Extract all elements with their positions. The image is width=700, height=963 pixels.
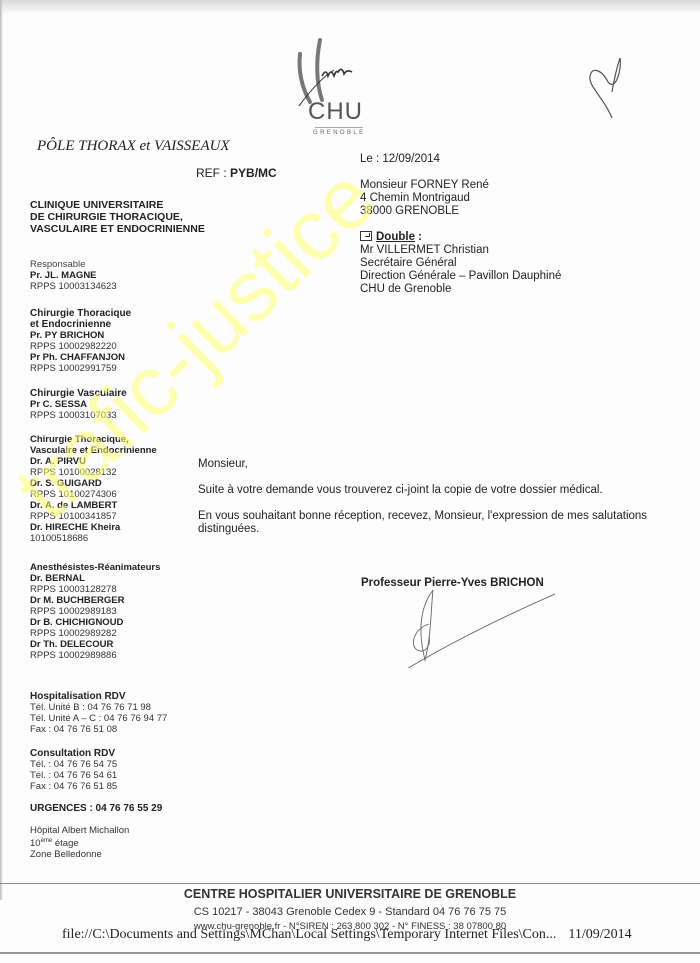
responsable-label: Responsable: [30, 259, 200, 270]
contact-line: Fax : 04 76 76 51 08: [30, 724, 200, 735]
recipient-name: Monsieur FORNEY René: [360, 179, 561, 192]
copy-recipient-line: Secrétaire Général: [360, 257, 561, 270]
contact-line: Fax : 04 76 76 51 85: [30, 781, 200, 792]
ref-value: PYB/MC: [230, 166, 277, 180]
hospital-location: Hôpital Albert Michallon 10ème étage Zon…: [30, 825, 200, 860]
staff-name: Dr. BERNAL: [30, 573, 200, 584]
handwritten-mark-icon: [582, 58, 632, 133]
contact-line: Tél. Unité B : 04 76 76 71 98: [30, 702, 200, 713]
staff-rpps: RPPS 10002989183: [30, 606, 200, 617]
floor-suffix: ème: [41, 838, 53, 844]
chu-logo: CHU GRENOBLE: [288, 36, 398, 144]
contact-line: Tél. Unité A – C : 04 76 76 94 77: [30, 713, 200, 724]
staff-rpps: RPPS 10002989886: [30, 650, 200, 661]
staff-name: Pr Ph. CHAFFANJON: [30, 352, 200, 363]
contact-line: Tél. : 04 76 76 54 75: [30, 759, 200, 770]
urgences-number: URGENCES : 04 76 76 55 29: [30, 803, 200, 814]
print-date: 11/09/2014: [568, 927, 631, 942]
staff-name: Pr C. SESSA: [30, 399, 200, 410]
group-title: Chirurgie Thoracique: [30, 308, 200, 319]
staff-name: Dr M. BUCHBERGER: [30, 595, 200, 606]
staff-rpps: RPPS 10100274306: [30, 489, 200, 500]
scan-shadow-top: [0, 0, 700, 14]
footer-title: CENTRE HOSPITALIER UNIVERSITAIRE DE GREN…: [0, 887, 700, 901]
staff-rpps: RPPS 10002991759: [30, 363, 200, 374]
copy-recipient-line: CHU de Grenoble: [360, 283, 561, 296]
scan-shadow-left: [0, 0, 3, 900]
staff-rpps: RPPS 10003134623: [30, 281, 200, 292]
ref-label: REF :: [196, 166, 230, 180]
double-label: Double: [376, 231, 415, 243]
staff-rpps: RPPS 10003107033: [30, 410, 200, 421]
clinique-line: DE CHIRURGIE THORACIQUE,: [30, 211, 205, 223]
group-title: Vasculaire et Endocrinienne: [30, 445, 200, 456]
logo-city-text: GRENOBLE: [313, 130, 366, 136]
staff-name: Dr B. CHICHIGNOUD: [30, 617, 200, 628]
staff-rpps: RPPS 10003128278: [30, 584, 200, 595]
salutation: Monsieur,: [198, 458, 668, 471]
staff-name: Dr. A. de LAMBERT: [30, 500, 200, 511]
group-title: Chirurgie Thoracique,: [30, 434, 200, 445]
staff-group: Anesthésistes-Réanimateurs Dr. BERNAL RP…: [30, 562, 200, 661]
copy-recipient-line: Mr VILLERMET Christian: [360, 244, 561, 257]
group-title: Chirurgie Vasculaire: [30, 388, 200, 399]
staff-sidebar: Responsable Pr. JL. MAGNE RPPS 100031346…: [30, 259, 200, 870]
staff-rpps: RPPS 10100341857: [30, 511, 200, 522]
chu-logo-mark-icon: [288, 36, 398, 106]
responsable-block: Responsable Pr. JL. MAGNE RPPS 100031346…: [30, 259, 200, 292]
location-line: Hôpital Albert Michallon: [30, 825, 200, 836]
clinique-line: VASCULAIRE ET ENDOCRINIENNE: [30, 223, 205, 235]
footer-address: CS 10217 - 38043 Grenoble Cedex 9 - Stan…: [0, 906, 700, 918]
signature-icon: [395, 588, 565, 673]
body-paragraph: En vous souhaitant bonne réception, rece…: [198, 510, 668, 536]
contact-title: Consultation RDV: [30, 748, 200, 759]
pole-title: PÔLE THORAX et VAISSEAUX: [37, 138, 230, 155]
consultation-contact: Consultation RDV Tél. : 04 76 76 54 75 T…: [30, 748, 200, 792]
contact-title: Hospitalisation RDV: [30, 691, 200, 702]
staff-name: Pr. JL. MAGNE: [30, 270, 200, 281]
staff-rpps: RPPS 10002989282: [30, 628, 200, 639]
body-paragraph: Suite à votre demande vous trouverez ci-…: [198, 484, 668, 497]
print-file-path: file://C:\Documents and Settings\MChan\L…: [62, 927, 556, 942]
recipient-block: Le : 12/09/2014 Monsieur FORNEY René 4 C…: [360, 153, 561, 296]
reference: REF : PYB/MC: [196, 166, 277, 180]
browser-print-footer: file://C:\Documents and Settings\MChan\L…: [62, 927, 632, 943]
copy-recipient-line: Direction Générale – Pavillon Dauphiné: [360, 270, 561, 283]
recipient-street: 4 Chemin Montrigaud: [360, 192, 561, 205]
group-title: et Endocrinienne: [30, 319, 200, 330]
staff-name: Dr. A. PIRVU: [30, 456, 200, 467]
staff-group: Chirurgie Thoracique, Vasculaire et Endo…: [30, 434, 200, 544]
staff-rpps: 10100518686: [30, 533, 200, 544]
staff-group: Chirurgie Vasculaire Pr C. SESSA RPPS 10…: [30, 388, 200, 421]
logo-divider: [315, 127, 363, 128]
envelope-icon: [360, 231, 372, 241]
group-title: Anesthésistes-Réanimateurs: [30, 562, 200, 573]
double-colon: :: [415, 231, 422, 243]
letter-body: Monsieur, Suite à votre demande vous tro…: [198, 458, 668, 549]
staff-name: Dr. S. GUIGARD: [30, 478, 200, 489]
staff-rpps: RPPS 10100028132: [30, 467, 200, 478]
floor-word: étage: [52, 838, 78, 849]
location-floor: 10ème étage: [30, 836, 200, 849]
recipient-city: 38000 GRENOBLE: [360, 205, 561, 218]
staff-group: Chirurgie Thoracique et Endocrinienne Pr…: [30, 308, 200, 374]
hospitalisation-contact: Hospitalisation RDV Tél. Unité B : 04 76…: [30, 691, 200, 735]
floor-number: 10: [30, 838, 41, 849]
staff-name: Dr Th. DELECOUR: [30, 639, 200, 650]
staff-name: Pr. PY BRICHON: [30, 330, 200, 341]
location-line: Zone Belledonne: [30, 849, 200, 860]
contact-line: Tél. : 04 76 76 54 61: [30, 770, 200, 781]
footer-divider: [0, 883, 700, 884]
double-heading: Double :: [360, 231, 561, 244]
clinique-name: CLINIQUE UNIVERSITAIRE DE CHIRURGIE THOR…: [30, 199, 205, 235]
staff-rpps: RPPS 10002982220: [30, 341, 200, 352]
logo-chu-text: CHU: [308, 98, 363, 126]
staff-name: Dr. HIRECHE Kheira: [30, 522, 200, 533]
letter-date: Le : 12/09/2014: [360, 153, 561, 166]
scan-bottom-edge: [0, 952, 700, 954]
clinique-line: CLINIQUE UNIVERSITAIRE: [30, 199, 205, 211]
